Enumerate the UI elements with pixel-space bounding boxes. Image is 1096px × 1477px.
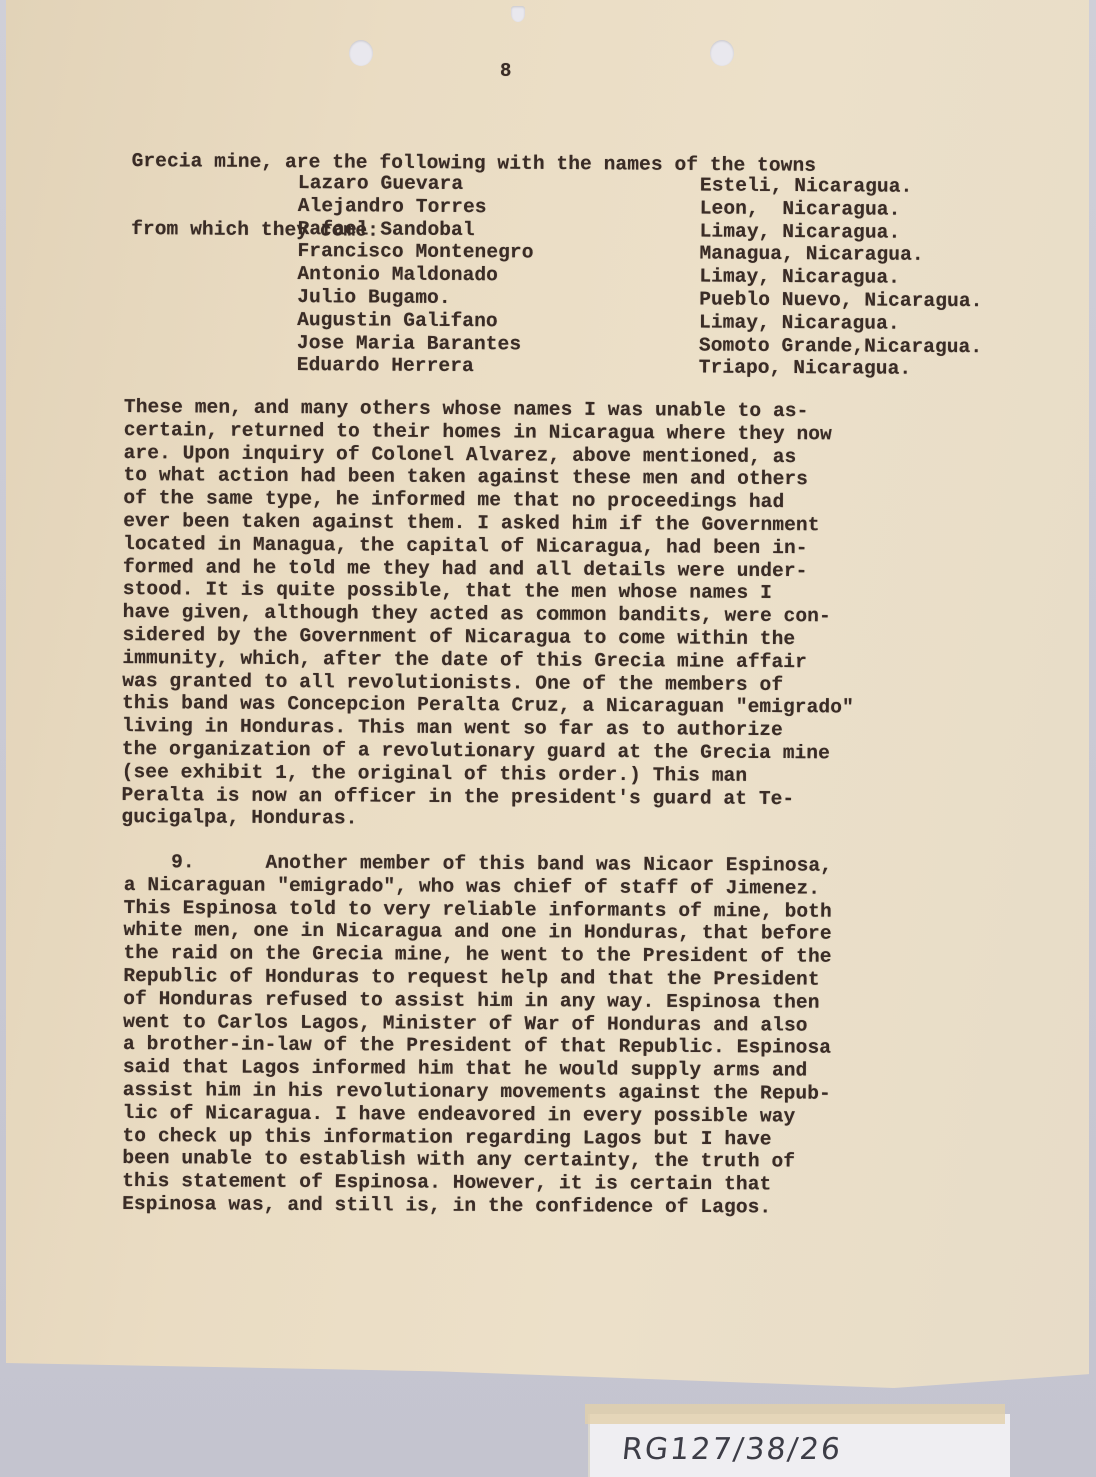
- person-name: Augustin Galifano: [297, 309, 498, 333]
- text-line: gucigalpa, Honduras.: [121, 806, 853, 833]
- hometown: Pueblo Nuevo, Nicaragua.: [699, 288, 982, 313]
- archive-reference: RG127/38/26: [620, 1432, 844, 1467]
- hometown: Limay, Nicaragua.: [700, 220, 901, 244]
- text-line: lic of Nicaragua. I have endeavored in e…: [123, 1102, 831, 1129]
- person-name: Francisco Montenegro: [297, 240, 533, 264]
- text-line: a Nicaraguan "emigrado", who was chief o…: [124, 874, 832, 901]
- person-name: Rafael Sandobal: [298, 218, 475, 242]
- hometown: Triapo, Nicaragua.: [699, 357, 912, 381]
- list-item: Eduardo HerreraTriapo, Nicaragua.: [297, 354, 1037, 381]
- names-and-towns-list: Lazaro GuevaraEsteli, Nicaragua.Alejandr…: [297, 172, 1038, 382]
- text-line: of Honduras refused to assist him in any…: [123, 988, 831, 1015]
- punch-hole: [349, 40, 373, 66]
- paragraph-9-espinosa: 9. Another member of this band was Nicao…: [122, 851, 832, 1219]
- person-name: Eduardo Herrera: [297, 354, 474, 378]
- text-line: Espinosa was, and still is, in the confi…: [122, 1193, 830, 1220]
- paragraph-men-returned: These men, and many others whose names I…: [121, 396, 855, 834]
- hometown: Somoto Grande,Nicaragua.: [699, 334, 982, 359]
- page-number: 8: [500, 60, 512, 83]
- punch-hole: [511, 6, 525, 22]
- person-name: Antonio Maldonado: [297, 263, 498, 287]
- hometown: Managua, Nicaragua.: [699, 243, 923, 267]
- person-name: Alejandro Torres: [298, 195, 487, 219]
- punch-hole: [710, 40, 734, 66]
- person-name: Jose Maria Barantes: [297, 332, 521, 356]
- text-line: 9. Another member of this band was Nicao…: [124, 851, 832, 878]
- hometown: Limay, Nicaragua.: [699, 266, 900, 290]
- hometown: Leon, Nicaragua.: [700, 197, 901, 221]
- text-line: assist him in his revolutionary movement…: [123, 1079, 831, 1106]
- person-name: Lazaro Guevara: [298, 172, 463, 196]
- adhesive-tape: [585, 1404, 1005, 1424]
- typewritten-page: 8 Grecia mine, are the following with th…: [6, 0, 1089, 1388]
- text-line: Republic of Honduras to request help and…: [123, 965, 831, 992]
- hometown: Esteli, Nicaragua.: [700, 174, 913, 198]
- person-name: Julio Bugamo.: [297, 286, 451, 310]
- hometown: Limay, Nicaragua.: [699, 311, 900, 335]
